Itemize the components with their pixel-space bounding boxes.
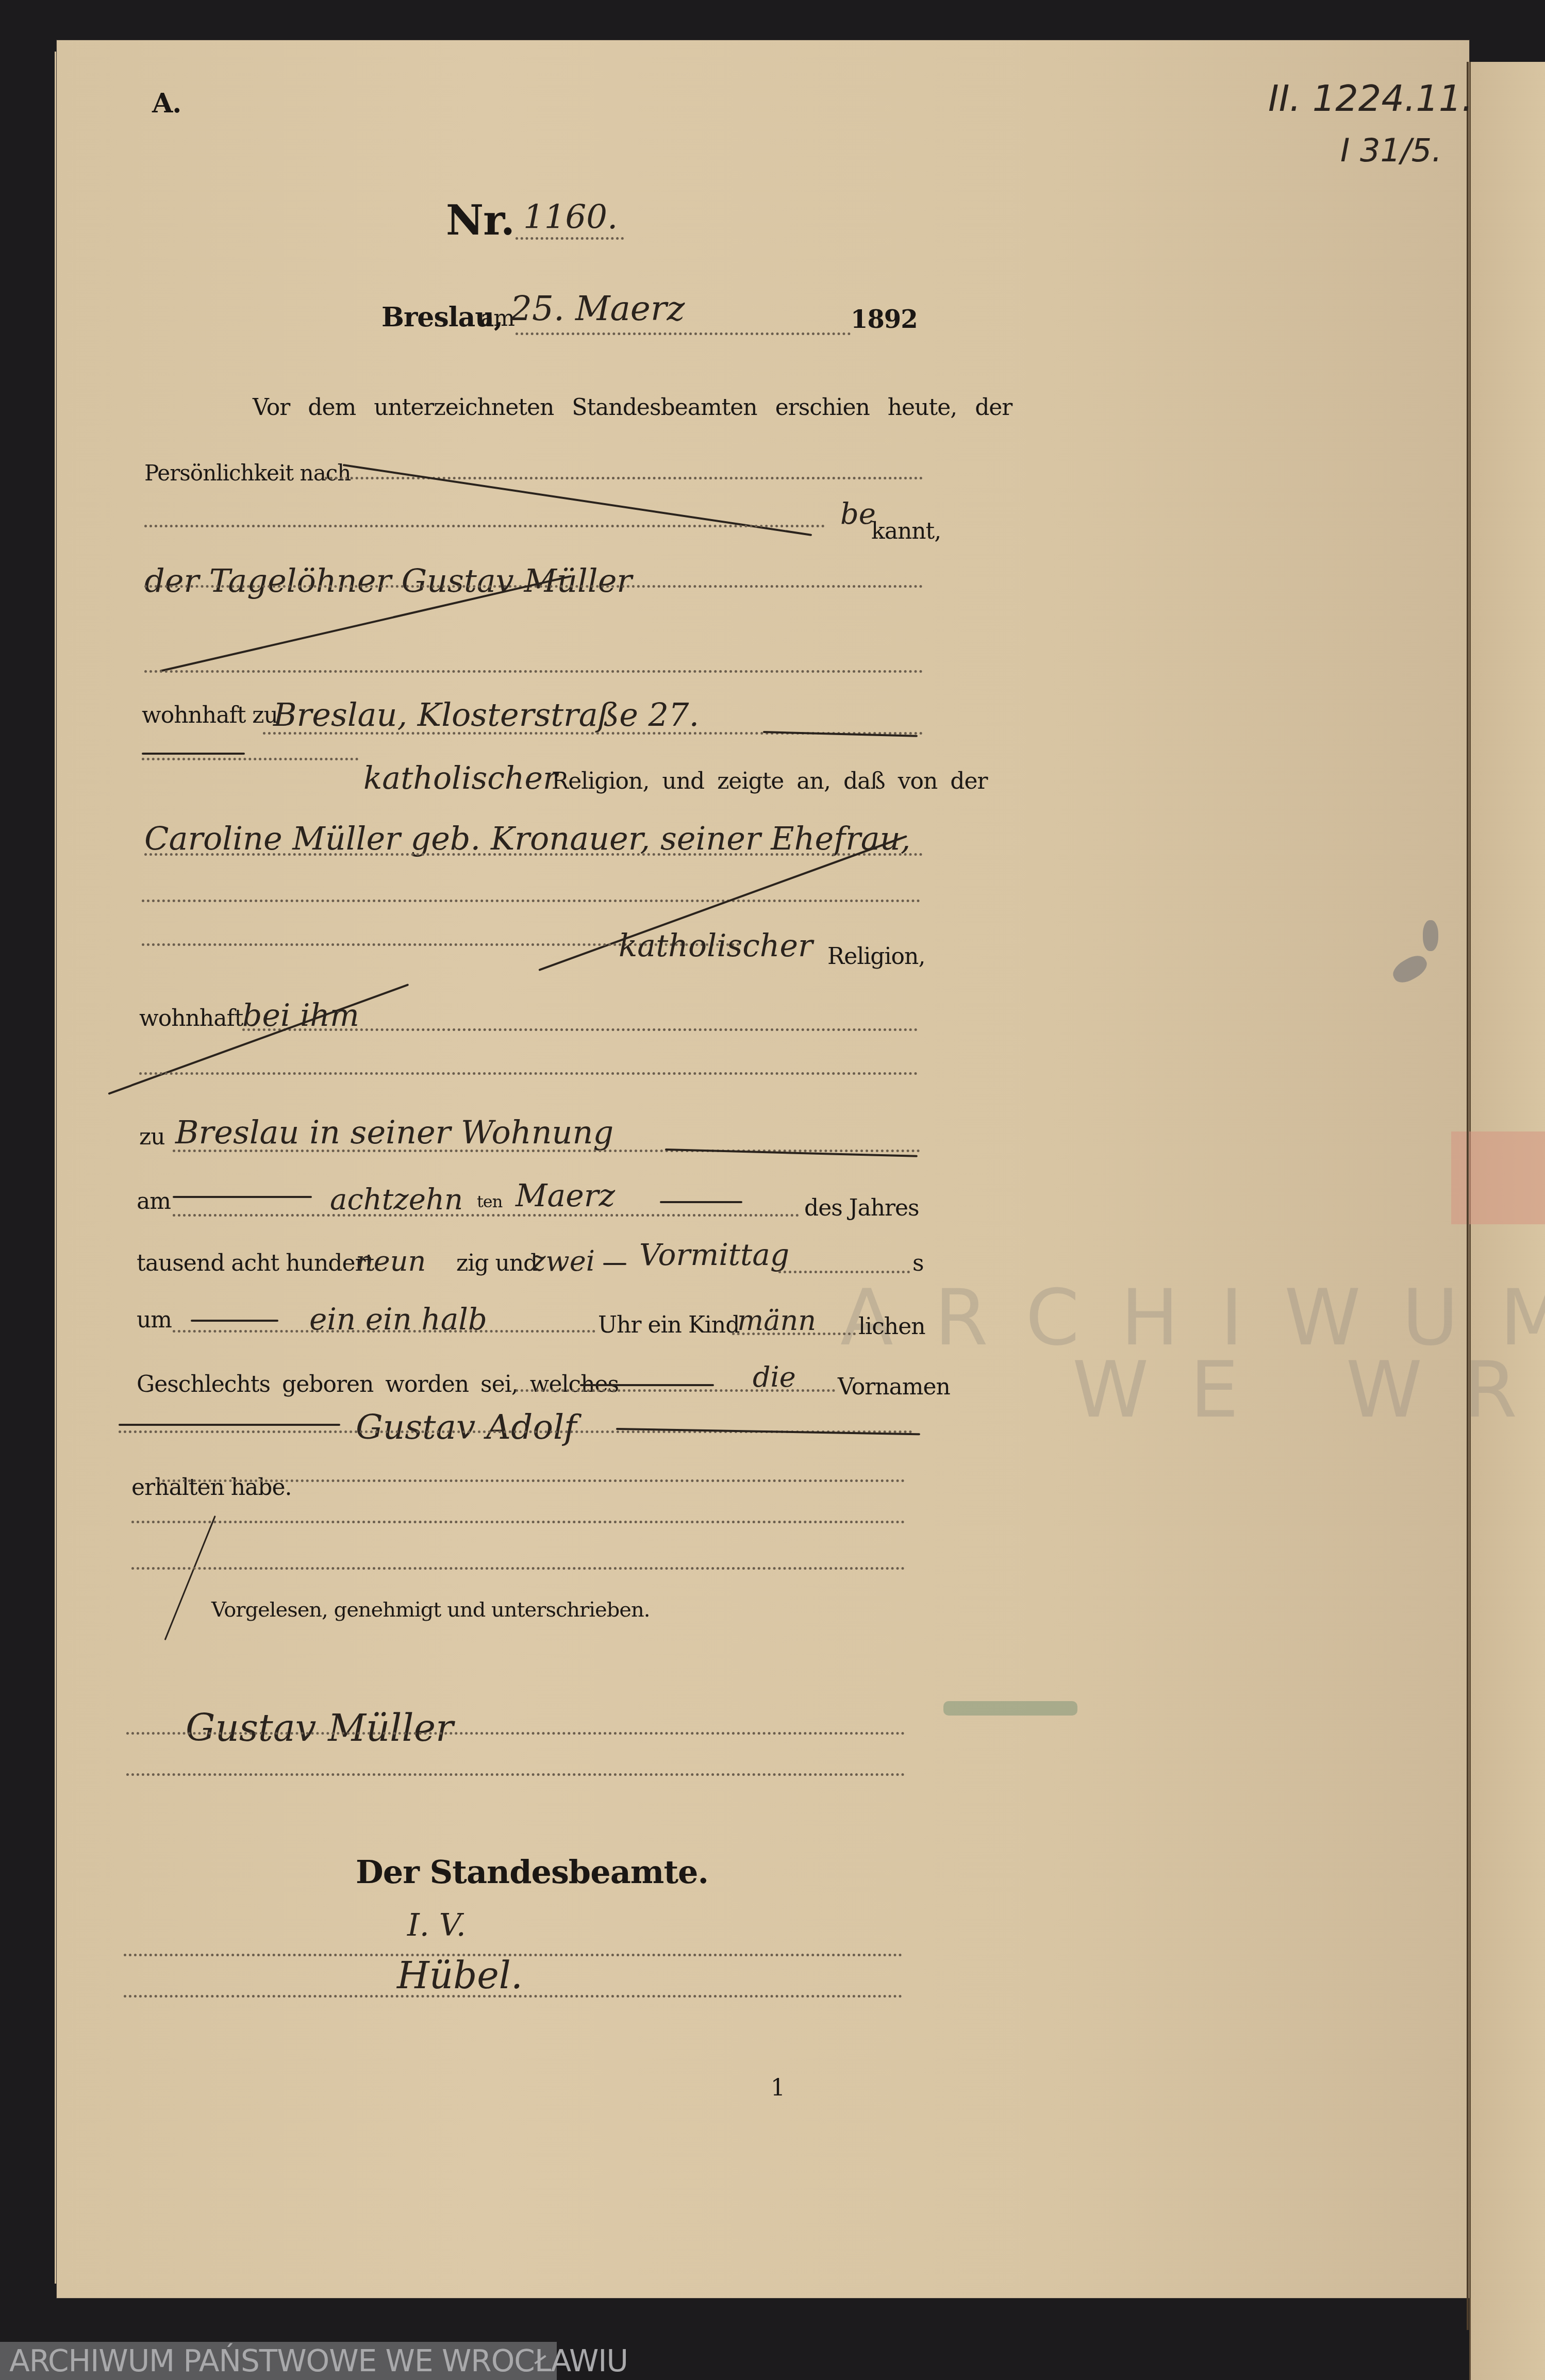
dotted-line [732,1333,856,1335]
child-label: Uhr ein Kind [598,1312,739,1338]
dotted-line [173,1150,920,1152]
archive-mark-1: II. 1224.11. [1268,77,1473,120]
date-prefix: am [480,305,514,331]
declarant-signature: Gustav Müller [186,1706,453,1750]
dotted-line [242,1028,918,1031]
time-of-day: Vormittag [639,1237,789,1272]
child-sex-suffix: lichen [858,1313,925,1340]
religion-mother: katholischer [619,928,813,964]
dotted-line [124,1995,902,1998]
document-page [57,40,1469,2298]
known-suffix-hand: be [840,497,876,531]
intro-line: Vor dem unterzeichneten Standesbeamten e… [253,394,1012,421]
dotted-line [144,525,825,527]
dotted-line [157,1479,905,1482]
year-words-nine: neun [356,1245,426,1277]
birth-month: Maerz [516,1178,615,1214]
known-suffix-printed: kannt, [871,518,941,544]
dotted-line [173,1330,595,1333]
religion-label-2: Religion, [827,943,925,970]
dotted-line [139,1072,918,1075]
dotted-line [131,1567,905,1570]
dotted-line [131,1521,905,1523]
year-words-two: zwei [531,1245,595,1277]
dotted-line [144,853,923,856]
year-printed: 1892 [851,305,918,334]
birthplace-label: zu [139,1124,165,1150]
mother-name: Caroline Müller geb. Kronauer, seiner Eh… [144,820,910,857]
watermark-line-2: WE WROC [1072,1345,1545,1435]
child-given-names: Gustav Adolf [356,1407,576,1447]
identity-label: Persönlichkeit nach [144,460,351,486]
time-of-day-suffix: s [912,1250,924,1276]
birth-day: achtzehn [330,1183,463,1217]
dotted-line [126,1773,905,1776]
record-number-label: Nr. [446,196,514,244]
dotted-line [142,900,920,902]
birthdate-label: am [137,1188,171,1214]
fill-stroke [580,1384,714,1386]
red-tab-marker [1451,1131,1545,1224]
date-handwritten: 25. Maerz [510,289,685,328]
year-words-zig: zig und [456,1250,537,1276]
faded-stamp [943,1701,1077,1716]
birthplace: Breslau in seiner Wohnung [175,1113,613,1151]
fill-stroke [603,1263,626,1265]
record-number: 1160. [523,198,618,237]
dotted-line [778,1271,910,1273]
religion-declarant: katholischer [363,760,558,796]
residence-label: wohnhaft zu [142,702,278,728]
dotted-line [325,477,923,479]
dotted-line [144,670,923,673]
year-words-printed: tausend acht hundert [137,1250,374,1276]
time-label: um [137,1307,172,1333]
dotted-line [126,1732,905,1735]
registrar-initials: I. V. [407,1907,466,1943]
birth-year-label: des Jahres [804,1195,919,1221]
fill-stroke [660,1201,742,1203]
form-letter: A. [152,88,181,119]
read-approved: Vorgelesen, genehmigt und unterschrieben… [211,1598,650,1622]
dotted-line [516,237,624,240]
fill-stroke [173,1196,312,1198]
child-sex: männ [737,1304,816,1337]
dotted-line [142,758,358,760]
received-label: erhalten habe. [131,1474,292,1501]
declarant-name: der Tagelöhner Gustav Müller [144,562,632,600]
dotted-line [516,332,851,335]
given-names-prefix: die [753,1361,796,1393]
given-names-label: Vornamen [838,1374,950,1400]
residence-address: Breslau, Klosterstraße 27. [273,696,699,734]
fill-stroke [142,753,245,755]
archive-credit: ARCHIWUM PAŃSTWOWE WE WROCŁAWIU [9,2343,628,2378]
religion-line: Religion, und zeigte an, daß von der [552,768,988,794]
registrar-title: Der Standesbeamte. [356,1853,708,1891]
fill-stroke [119,1424,340,1426]
mother-residence-label: wohnhaft [139,1005,243,1031]
page-fold-line [1467,62,1469,2330]
born-line: Geschlechts geboren worden sei, welches [137,1371,619,1397]
dotted-line [173,1214,799,1217]
birth-day-suffix: ten [477,1192,502,1211]
fill-stroke [191,1320,278,1322]
ink-stain [1423,920,1438,951]
registrar-signature: Hübel. [397,1954,523,1997]
archive-mark-2: I 31/5. [1340,131,1442,169]
page-number: 1 [771,2075,785,2101]
